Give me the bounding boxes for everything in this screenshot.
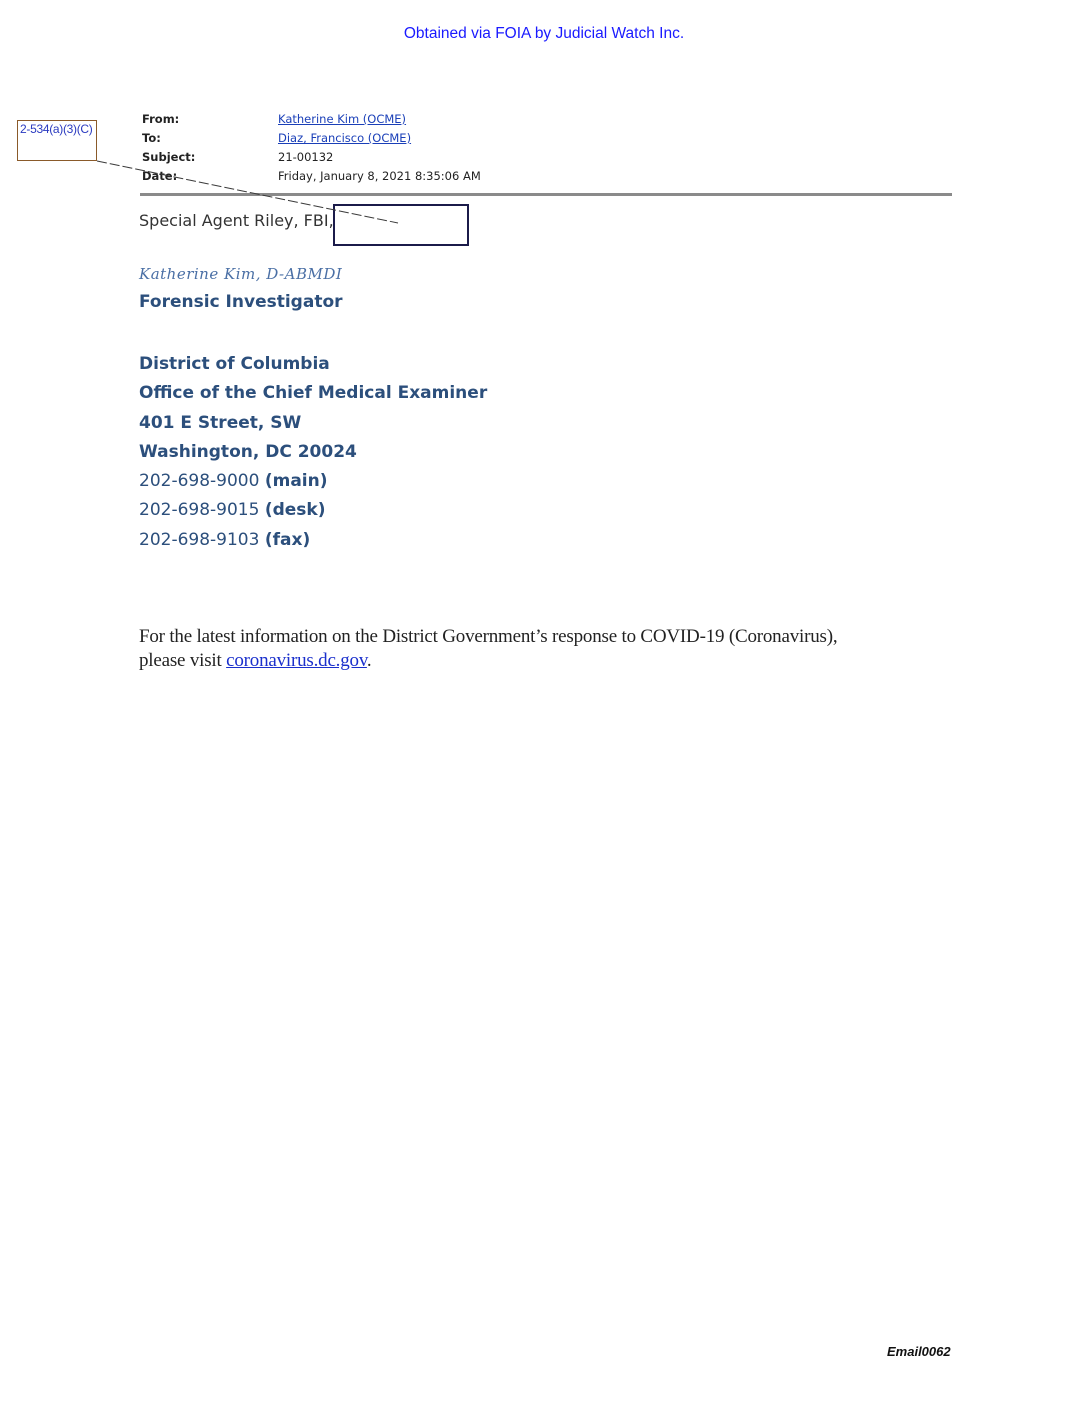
phone-label: (fax) [265, 530, 310, 550]
signature-name: Katherine Kim, D-ABMDI [139, 265, 342, 283]
phone-main: 202-698-9000 (main) [139, 467, 487, 496]
covid-notice: For the latest information on the Distri… [139, 625, 959, 673]
coronavirus-link[interactable]: coronavirus.dc.gov [226, 650, 367, 671]
signature-address-block: District of Columbia Office of the Chief… [139, 350, 487, 555]
page-id: Email0062 [887, 1344, 951, 1359]
org-line-1: District of Columbia [139, 350, 487, 379]
covid-notice-prefix: please visit [139, 650, 226, 671]
phone-fax: 202-698-9103 (fax) [139, 526, 487, 555]
phone-desk: 202-698-9015 (desk) [139, 496, 487, 525]
phone-label: (desk) [265, 500, 326, 520]
phone-number: 202-698-9103 [139, 530, 259, 550]
phone-number: 202-698-9000 [139, 471, 259, 491]
covid-notice-line-1: For the latest information on the Distri… [139, 625, 959, 649]
street-address: 401 E Street, SW [139, 409, 487, 438]
city-address: Washington, DC 20024 [139, 438, 487, 467]
phone-number: 202-698-9015 [139, 500, 259, 520]
signature-title: Forensic Investigator [139, 292, 343, 312]
phone-label: (main) [265, 471, 328, 491]
covid-notice-line-2: please visit coronavirus.dc.gov. [139, 649, 959, 673]
redaction-leader-line [0, 0, 1088, 260]
org-line-2: Office of the Chief Medical Examiner [139, 379, 487, 408]
covid-notice-suffix: . [367, 650, 372, 671]
